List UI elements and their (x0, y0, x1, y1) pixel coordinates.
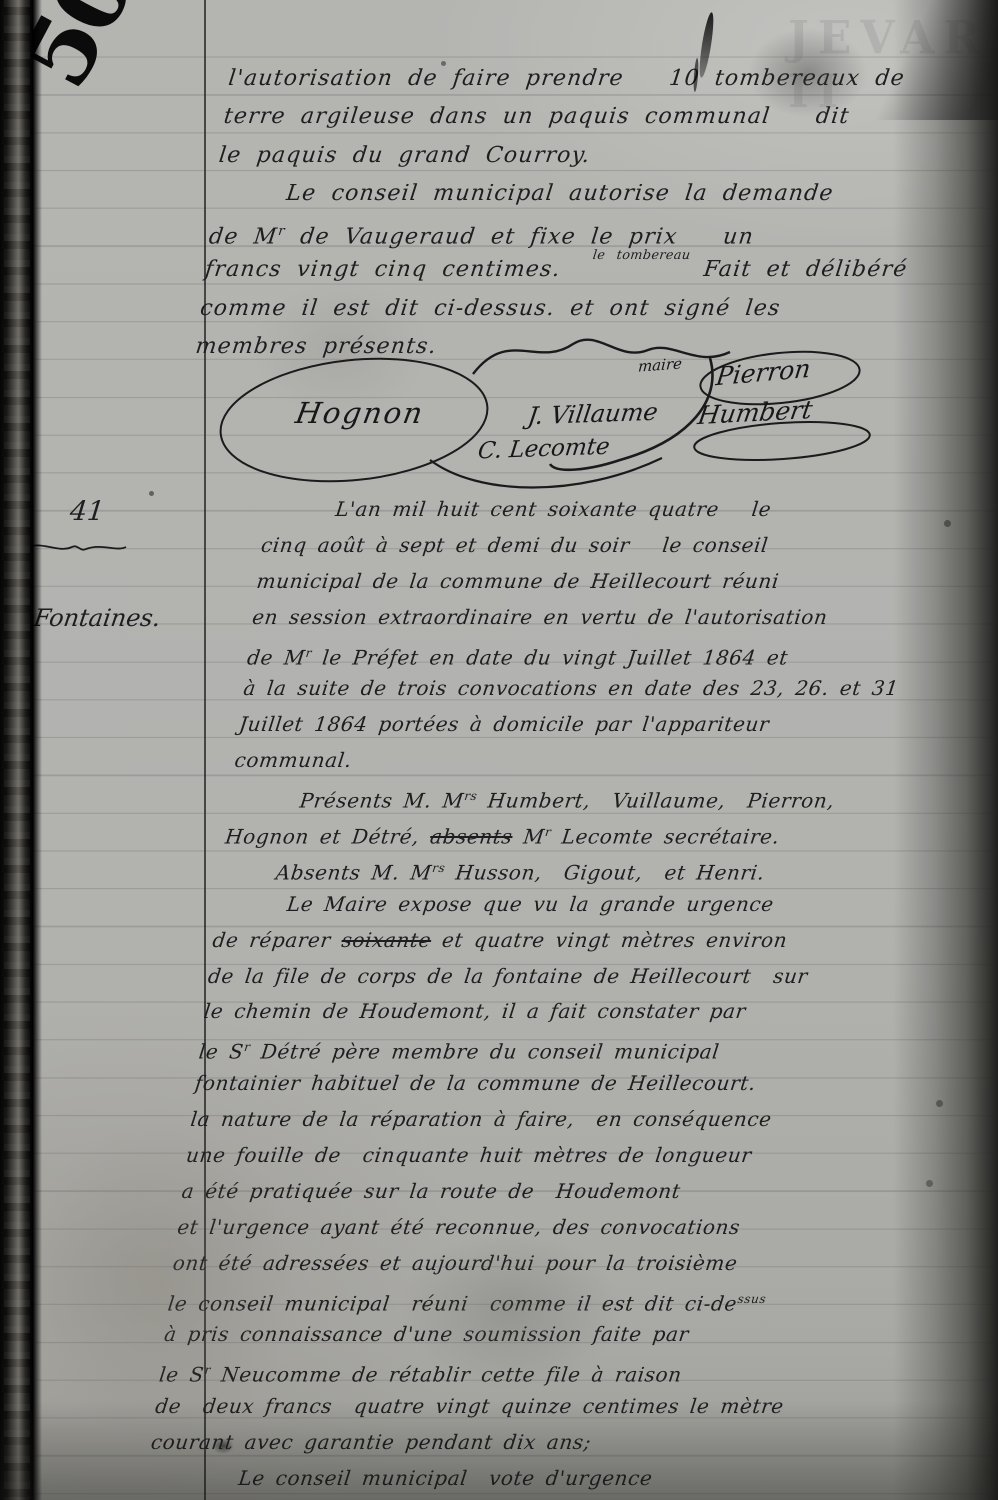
manuscript-line: en session extraordinaire en vertu de l'… (250, 600, 998, 636)
text-segment: L'an mil huit cent soixante quatre le (334, 497, 773, 521)
paper-stain (20, 1120, 300, 1440)
manuscript-line: une fouille de cinquante huit mètres de … (184, 1138, 943, 1174)
signature-villaume: J. Villaume (526, 398, 660, 431)
text-segment: municipal de la commune de Heillecourt r… (255, 569, 780, 593)
book-binding-texture (4, 0, 30, 1500)
manuscript-line: le chemin de Houdemont, il a fait consta… (202, 994, 961, 1030)
manuscript-line: Présents M. Mrs Humbert, Vuillaume, Pier… (228, 779, 987, 815)
text-segment: ssus (737, 1292, 767, 1306)
text-segment: le S (197, 1040, 245, 1064)
manuscript-line: de réparer soixante et quatre vingt mètr… (210, 923, 969, 959)
text-segment: comme il est dit ci-dessus. et ont signé… (199, 296, 782, 321)
text-segment: la nature de la réparation à faire, en c… (189, 1107, 773, 1131)
manuscript-line: communal. (232, 743, 991, 779)
text-segment: en session extraordinaire en vertu de l'… (251, 605, 829, 629)
manuscript-line: cinq août à sept et demi du soir le cons… (259, 528, 998, 564)
bottom-shadow (0, 1400, 998, 1500)
margin-entry-number: 41 (68, 496, 106, 527)
manuscript-line: de Mr le Préfet en date du vingt Juillet… (246, 636, 998, 672)
text-segment: de réparer (211, 928, 343, 952)
manuscript-line: francs vingt cinq centimes. le tombereau… (203, 251, 953, 289)
manuscript-line: Juillet 1864 portées à domicile par l'ap… (237, 707, 996, 743)
manuscript-line: la nature de la réparation à faire, en c… (188, 1102, 947, 1138)
text-segment: Hognon et Détré, (224, 825, 432, 849)
manuscript-line: de Mr de Vaugeraud et fixe le prix un (207, 213, 957, 251)
text-segment: M (511, 825, 546, 849)
text-segment: le tombereau (592, 248, 691, 263)
signature-hognon: Hognon (293, 396, 427, 430)
paper-stain (400, 1230, 620, 1390)
text-segment: francs vingt cinq centimes. (203, 257, 592, 282)
signature-lecomte: C. Lecomte (476, 434, 611, 465)
manuscript-line: Le conseil municipal autorise la demande (212, 175, 962, 213)
text-segment: soixante (340, 928, 432, 952)
text-segment: Juillet 1864 portées à domicile par l'ap… (238, 712, 771, 736)
manuscript-line: fontainier habituel de la commune de Hei… (193, 1066, 952, 1102)
text-segment: Le conseil municipal autorise la demande (285, 181, 835, 206)
text-segment: une fouille de cinquante huit mètres de … (185, 1143, 753, 1167)
text-segment: de la file de corps de la fontaine de He… (207, 964, 810, 988)
text-segment: le paquis du grand Courroy. (218, 143, 593, 168)
manuscript-line: de la file de corps de la fontaine de He… (206, 959, 965, 995)
text-segment: Absents M. M (274, 861, 433, 885)
text-segment: à la suite de trois convocations en date… (242, 676, 900, 700)
text-segment: de M (208, 225, 280, 250)
text-segment: et quatre vingt mètres environ (430, 928, 789, 952)
manuscript-page: JEVAR II l'autorisation de faire prendre… (0, 0, 998, 1500)
text-segment: Lecomte secrétaire. (549, 825, 781, 849)
signature-maire-label: maire (637, 354, 682, 375)
margin-entry-subject: Fontaines. (32, 604, 162, 632)
manuscript-line: à la suite de trois convocations en date… (241, 671, 998, 707)
text-segment: de Vaugeraud et fixe le prix un (283, 225, 755, 250)
manuscript-line: a été pratiquée sur la route de Houdemon… (180, 1174, 939, 1210)
manuscript-line: L'an mil huit cent soixante quatre le (263, 492, 998, 528)
page-corner-shadow (848, 0, 998, 120)
manuscript-line: le Sr Détré père membre du conseil munic… (197, 1030, 956, 1066)
text-segment: le Préfet en date du vingt Juillet 1864 … (310, 645, 789, 669)
page-gutter-shadow (893, 0, 998, 1500)
text-segment: Husson, Gigout, et Henri. (443, 861, 766, 885)
text-segment: absents (429, 825, 514, 849)
text-segment: Humbert, Vuillaume, Pierron, (475, 789, 836, 813)
text-segment: Détré père membre du conseil municipal (249, 1040, 721, 1064)
manuscript-line: Hognon et Détré, absents Mr Lecomte secr… (224, 815, 983, 851)
text-segment: fontainier habituel de la commune de Hei… (194, 1071, 758, 1095)
text-segment: le chemin de Houdemont, il a fait consta… (202, 999, 747, 1023)
text-segment: de M (246, 645, 307, 669)
text-segment: communal. (233, 748, 353, 772)
text-segment: Présents M. M (298, 789, 465, 813)
text-segment: Fait et délibéré (687, 257, 909, 282)
manuscript-line: Le Maire expose que vu la grande urgence (215, 887, 974, 923)
manuscript-line: Absents M. Mrs Husson, Gigout, et Henri. (219, 851, 978, 887)
text-segment: Le Maire expose que vu la grande urgence (286, 892, 776, 916)
text-segment: terre argileuse dans un paquis communal … (222, 104, 851, 129)
text-segment: cinq août à sept et demi du soir le cons… (260, 533, 770, 557)
manuscript-line: le paquis du grand Courroy. (217, 137, 967, 175)
manuscript-line: municipal de la commune de Heillecourt r… (254, 564, 998, 600)
